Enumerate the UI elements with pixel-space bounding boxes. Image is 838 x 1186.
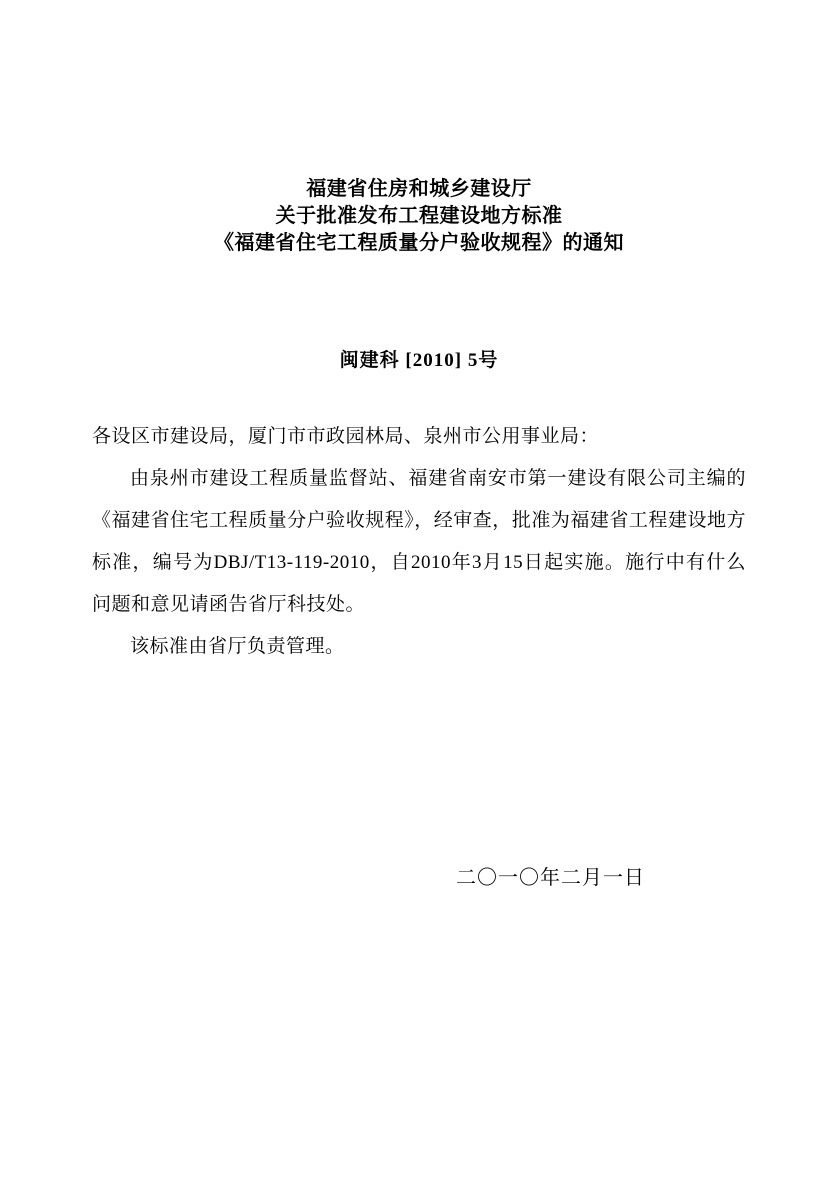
body-paragraph-1: 由泉州市建设工程质量监督站、福建省南安市第一建设有限公司主编的《福建省住宅工程质… — [92, 458, 746, 626]
document-page: 福建省住房和城乡建设厅 关于批准发布工程建设地方标准 《福建省住宅工程质量分户验… — [0, 0, 838, 1186]
document-title-line-1: 福建省住房和城乡建设厅 — [0, 176, 838, 203]
salutation: 各设区市建设局，厦门市市政园林局、泉州市公用事业局： — [92, 416, 746, 458]
body-paragraph-2: 该标准由省厅负责管理。 — [92, 626, 746, 668]
document-body: 各设区市建设局，厦门市市政园林局、泉州市公用事业局： 由泉州市建设工程质量监督站… — [92, 416, 746, 668]
document-title-line-3: 《福建省住宅工程质量分户验收规程》的通知 — [0, 230, 838, 257]
doc-number: 闽建科 [2010] 5号 — [0, 347, 838, 374]
document-title-line-2: 关于批准发布工程建设地方标准 — [0, 203, 838, 230]
document-title: 福建省住房和城乡建设厅 关于批准发布工程建设地方标准 《福建省住宅工程质量分户验… — [0, 0, 838, 257]
date-line: 二〇一〇年二月一日 — [0, 864, 838, 892]
